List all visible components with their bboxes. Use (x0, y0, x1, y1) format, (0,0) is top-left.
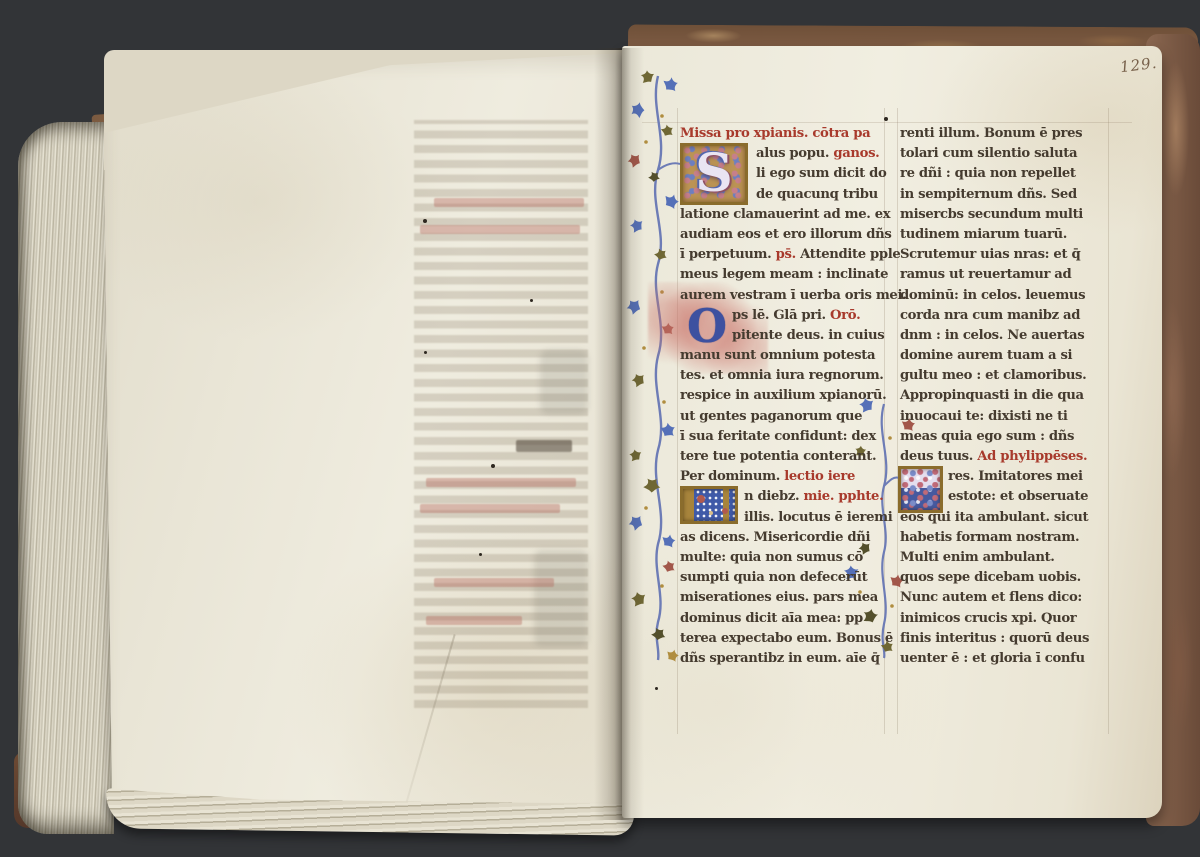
text-segment: pitente deus. in cuius (732, 328, 884, 343)
text-line: dñs sperantibz in eum. aīe q̄ (680, 649, 886, 669)
text-segment: Scrutemur uias nras: et q̄ (900, 247, 1080, 262)
text-line: audiam eos et ero illorum dñs (680, 225, 886, 245)
text-segment: audiam eos et ero illorum dñs (680, 227, 891, 242)
showthrough-red-line (426, 478, 576, 487)
text-segment: ī sua feritate confidunt: dex (680, 429, 876, 444)
text-segment: inimicos crucis xpi. Quor (900, 611, 1076, 626)
text-segment: terea expectabo eum. Bonus ē (680, 631, 893, 646)
text-line: deus tuus. Ad phylippēses. (900, 447, 1106, 467)
showthrough-red-line (434, 198, 584, 207)
text-line: inuocaui te: dixisti ne ti (900, 407, 1106, 427)
ink-speck (530, 299, 533, 302)
text-line: meus legem meam : inclinate (680, 265, 886, 285)
text-segment: misercbs secundum multi (900, 207, 1083, 222)
text-line: latione clamauerint ad me. ex (680, 205, 886, 225)
text-line: terea expectabo eum. Bonus ē (680, 629, 886, 649)
rubric-text-segment: mie. pphte. (804, 489, 884, 504)
text-column-2: renti illum. Bonum ē prestolari cum sile… (900, 124, 1106, 669)
text-segment: aurem vestram ī uerba oris mei. (680, 288, 906, 303)
text-segment: Attendite pple (800, 247, 900, 262)
text-line: domine aurem tuam a si (900, 346, 1106, 366)
text-segment: dominus dicit aīa mea: pp (680, 611, 863, 626)
showthrough-smudge (540, 350, 588, 414)
text-segment: Nunc autem et flens dico: (900, 590, 1082, 605)
text-line: ut gentes paganorum que (680, 407, 886, 427)
text-line: ī sua feritate confidunt: dex (680, 427, 886, 447)
text-segment: tudinem miarum tuarū. (900, 227, 1067, 242)
right-page: 129. (622, 46, 1162, 818)
text-segment: manu sunt omnium potesta (680, 348, 875, 363)
showthrough-red-line (420, 225, 580, 234)
text-line: illis. locutus ē ieremi (744, 508, 886, 528)
text-line: inimicos crucis xpi. Quor (900, 609, 1106, 629)
text-segment: sumpti quia non defecerūt (680, 570, 867, 585)
text-line: ps lē. Glā pri. Orō. (732, 306, 886, 326)
text-segment: renti illum. Bonum ē pres (900, 126, 1082, 141)
showthrough-smudge (534, 550, 588, 646)
text-line: estote: et obseruate (948, 487, 1106, 507)
text-segment: miserationes eius. pars mea (680, 590, 878, 605)
text-line: finis interitus : quorū deus (900, 629, 1106, 649)
text-segment: res. Imitatores mei (948, 469, 1083, 484)
text-line: n diebz. mie. pphte. (744, 487, 886, 507)
text-segment: de quacunq tribu (756, 187, 878, 202)
ink-speck (884, 117, 888, 121)
text-line: tolari cum silentio saluta (900, 144, 1106, 164)
text-segment: ī perpetuum. (680, 247, 776, 262)
text-line: respice in auxilium xpianorū. (680, 386, 886, 406)
text-segment: deus tuus. (900, 449, 977, 464)
text-line: as dicens. Misericordie dñi (680, 528, 886, 548)
text-line: Multi enim ambulant. (900, 548, 1106, 568)
text-line: dnm : in celos. Ne auertas (900, 326, 1106, 346)
text-line: aurem vestram ī uerba oris mei. (680, 286, 886, 306)
ink-speck (655, 687, 658, 690)
text-line: in sempiternum dñs. Sed (900, 185, 1106, 205)
folio-number: 129. (1119, 54, 1158, 76)
text-line: meas quia ego sum : dñs (900, 427, 1106, 447)
photograph-of-open-manuscript: 129. (0, 0, 1200, 857)
text-line: dominū: in celos. leuemus (900, 286, 1106, 306)
text-segment: ps lē. Glā pri. (732, 308, 830, 323)
text-line: Per dominum. lectio iere (680, 467, 886, 487)
text-line: ramus ut reuertamur ad (900, 265, 1106, 285)
showthrough-red-line (420, 504, 560, 513)
text-segment: tere tue potentia conterant. (680, 449, 876, 464)
text-line: de quacunq tribu (756, 185, 886, 205)
text-segment: finis interitus : quorū deus (900, 631, 1089, 646)
text-line: dominus dicit aīa mea: pp (680, 609, 886, 629)
text-line: Missa pro xpianis. cōtra pa (680, 124, 886, 144)
text-line: ī perpetuum. ps̄. Attendite pple (680, 245, 886, 265)
showthrough-dark-word (516, 440, 572, 452)
text-segment: tes. et omnia iura regnorum. (680, 368, 884, 383)
rubric-text-segment: ps̄. (776, 247, 800, 262)
text-line: misercbs secundum multi (900, 205, 1106, 225)
text-line: tere tue potentia conterant. (680, 447, 886, 467)
text-segment: estote: et obseruate (948, 489, 1088, 504)
text-line: res. Imitatores mei (948, 467, 1106, 487)
text-segment: dominū: in celos. leuemus (900, 288, 1085, 303)
text-line: uenter ē : et gloria ī confu (900, 649, 1106, 669)
ink-speck (424, 351, 427, 354)
text-segment: Appropinquasti in die qua (900, 388, 1084, 403)
text-line: alus popu. ganos. (756, 144, 886, 164)
text-segment: corda nra cum manibz ad (900, 308, 1080, 323)
text-segment: in sempiternum dñs. Sed (900, 187, 1077, 202)
text-line: Nunc autem et flens dico: (900, 588, 1106, 608)
text-segment: alus popu. (756, 146, 833, 161)
ink-speck (479, 553, 482, 556)
text-segment: li ego sum dicit do (756, 166, 887, 181)
text-segment: eos qui ita ambulant. sicut (900, 510, 1088, 525)
text-segment: re dñi : quia non repellet (900, 166, 1076, 181)
ink-speck (423, 219, 427, 223)
text-segment: gultu meo : et clamoribus. (900, 368, 1086, 383)
rubric-text-segment: Ad phylippēses. (977, 449, 1087, 464)
text-line: gultu meo : et clamoribus. (900, 366, 1106, 386)
ink-speck (491, 464, 495, 468)
text-line: tes. et omnia iura regnorum. (680, 366, 886, 386)
text-segment: multe: quia non sumus cō (680, 550, 863, 565)
text-segment: tolari cum silentio saluta (900, 146, 1077, 161)
text-line: re dñi : quia non repellet (900, 164, 1106, 184)
text-segment: domine aurem tuam a si (900, 348, 1072, 363)
ruling-line (897, 108, 898, 734)
text-line: tudinem miarum tuarū. (900, 225, 1106, 245)
ruling-line (1108, 108, 1109, 734)
text-line: Appropinquasti in die qua (900, 386, 1106, 406)
text-segment: meas quia ego sum : dñs (900, 429, 1074, 444)
rubric-text-segment: lectio iere (784, 469, 855, 484)
text-segment: dnm : in celos. Ne auertas (900, 328, 1084, 343)
rubric-text-segment: ganos. (833, 146, 879, 161)
ruling-line (677, 108, 678, 734)
text-segment: Multi enim ambulant. (900, 550, 1055, 565)
text-segment: Per dominum. (680, 469, 784, 484)
text-segment: uenter ē : et gloria ī confu (900, 651, 1085, 666)
text-line: renti illum. Bonum ē pres (900, 124, 1106, 144)
showthrough-red-line (426, 616, 522, 625)
left-page (104, 50, 624, 804)
text-line: miserationes eius. pars mea (680, 588, 886, 608)
rubric-text-segment: Missa pro xpianis. cōtra pa (680, 126, 870, 141)
text-line: Scrutemur uias nras: et q̄ (900, 245, 1106, 265)
stacked-page-edges (18, 122, 114, 834)
text-line: eos qui ita ambulant. sicut (900, 508, 1106, 528)
text-line: multe: quia non sumus cō (680, 548, 886, 568)
text-line: li ego sum dicit do (756, 164, 886, 184)
text-line: manu sunt omnium potesta (680, 346, 886, 366)
showthrough-red-line (434, 578, 554, 587)
text-line: sumpti quia non defecerūt (680, 568, 886, 588)
text-segment: illis. locutus ē ieremi (744, 510, 892, 525)
text-segment: quos sepe dicebam uobis. (900, 570, 1081, 585)
text-column-1: Missa pro xpianis. cōtra paalus popu. ga… (680, 124, 886, 669)
text-line: corda nra cum manibz ad (900, 306, 1106, 326)
text-line: habetis formam nostram. (900, 528, 1106, 548)
text-segment: inuocaui te: dixisti ne ti (900, 409, 1067, 424)
text-segment: ut gentes paganorum que (680, 409, 862, 424)
text-line: quos sepe dicebam uobis. (900, 568, 1106, 588)
text-segment: n diebz. (744, 489, 804, 504)
text-segment: habetis formam nostram. (900, 530, 1079, 545)
text-segment: latione clamauerint ad me. ex (680, 207, 890, 222)
rubric-text-segment: Orō. (830, 308, 860, 323)
text-segment: ramus ut reuertamur ad (900, 267, 1071, 282)
text-segment: as dicens. Misericordie dñi (680, 530, 870, 545)
text-segment: dñs sperantibz in eum. aīe q̄ (680, 651, 880, 666)
text-segment: respice in auxilium xpianorū. (680, 388, 886, 403)
text-line: pitente deus. in cuius (732, 326, 886, 346)
ruling-line (642, 122, 1132, 123)
text-segment: meus legem meam : inclinate (680, 267, 888, 282)
